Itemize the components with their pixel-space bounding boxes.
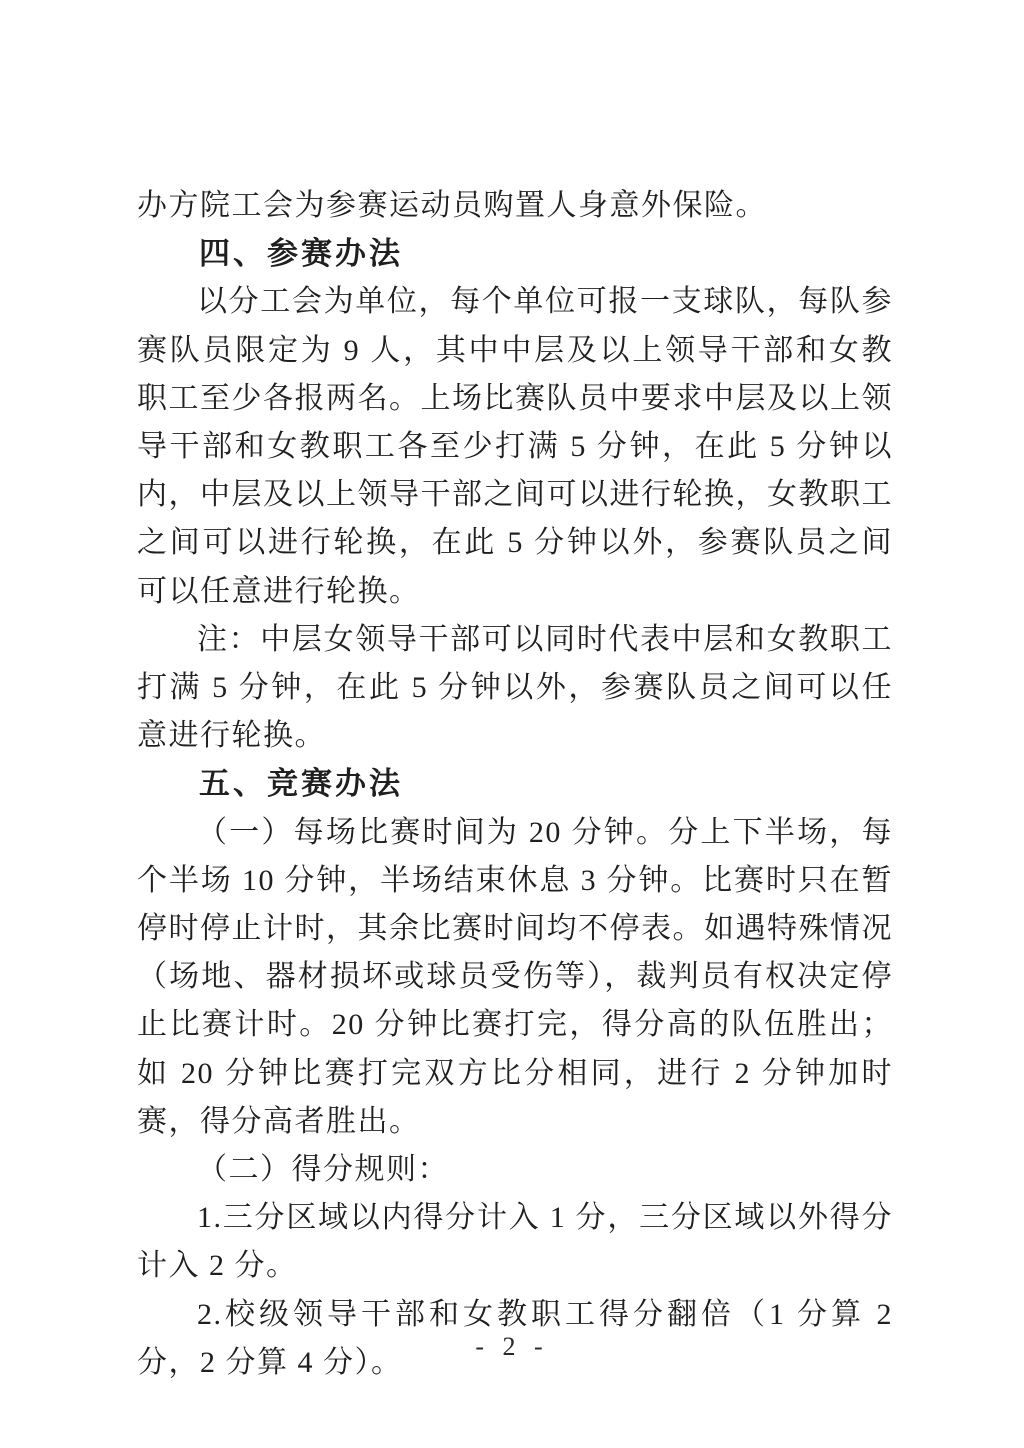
paragraph-insurance-continuation: 办方院工会为参赛运动员购置人身意外保险。 <box>137 182 893 230</box>
document-page: 办方院工会为参赛运动员购置人身意外保险。 四、参赛办法 以分工会为单位，每个单位… <box>0 0 1024 1448</box>
paragraph-match-time: （一）每场比赛时间为 20 分钟。分上下半场，每个半场 10 分钟，半场结束休息… <box>137 809 893 1146</box>
paragraph-team-rules: 以分工会为单位，每个单位可报一支球队，每队参赛队员限定为 9 人，其中中层及以上… <box>137 278 893 615</box>
section-heading-5-competition: 五、竞赛办法 <box>137 760 893 808</box>
section-heading-4-participation: 四、参赛办法 <box>137 230 893 278</box>
document-body: 办方院工会为参赛运动员购置人身意外保险。 四、参赛办法 以分工会为单位，每个单位… <box>137 182 893 1387</box>
page-number: - 2 - <box>0 1332 1024 1362</box>
paragraph-note: 注：中层女领导干部可以同时代表中层和女教职工打满 5 分钟，在此 5 分钟以外，… <box>137 616 893 761</box>
paragraph-scoring-rule-1: 1.三分区域以内得分计入 1 分，三分区域以外得分计入 2 分。 <box>137 1194 893 1290</box>
paragraph-scoring-rules-title: （二）得分规则： <box>137 1146 893 1194</box>
